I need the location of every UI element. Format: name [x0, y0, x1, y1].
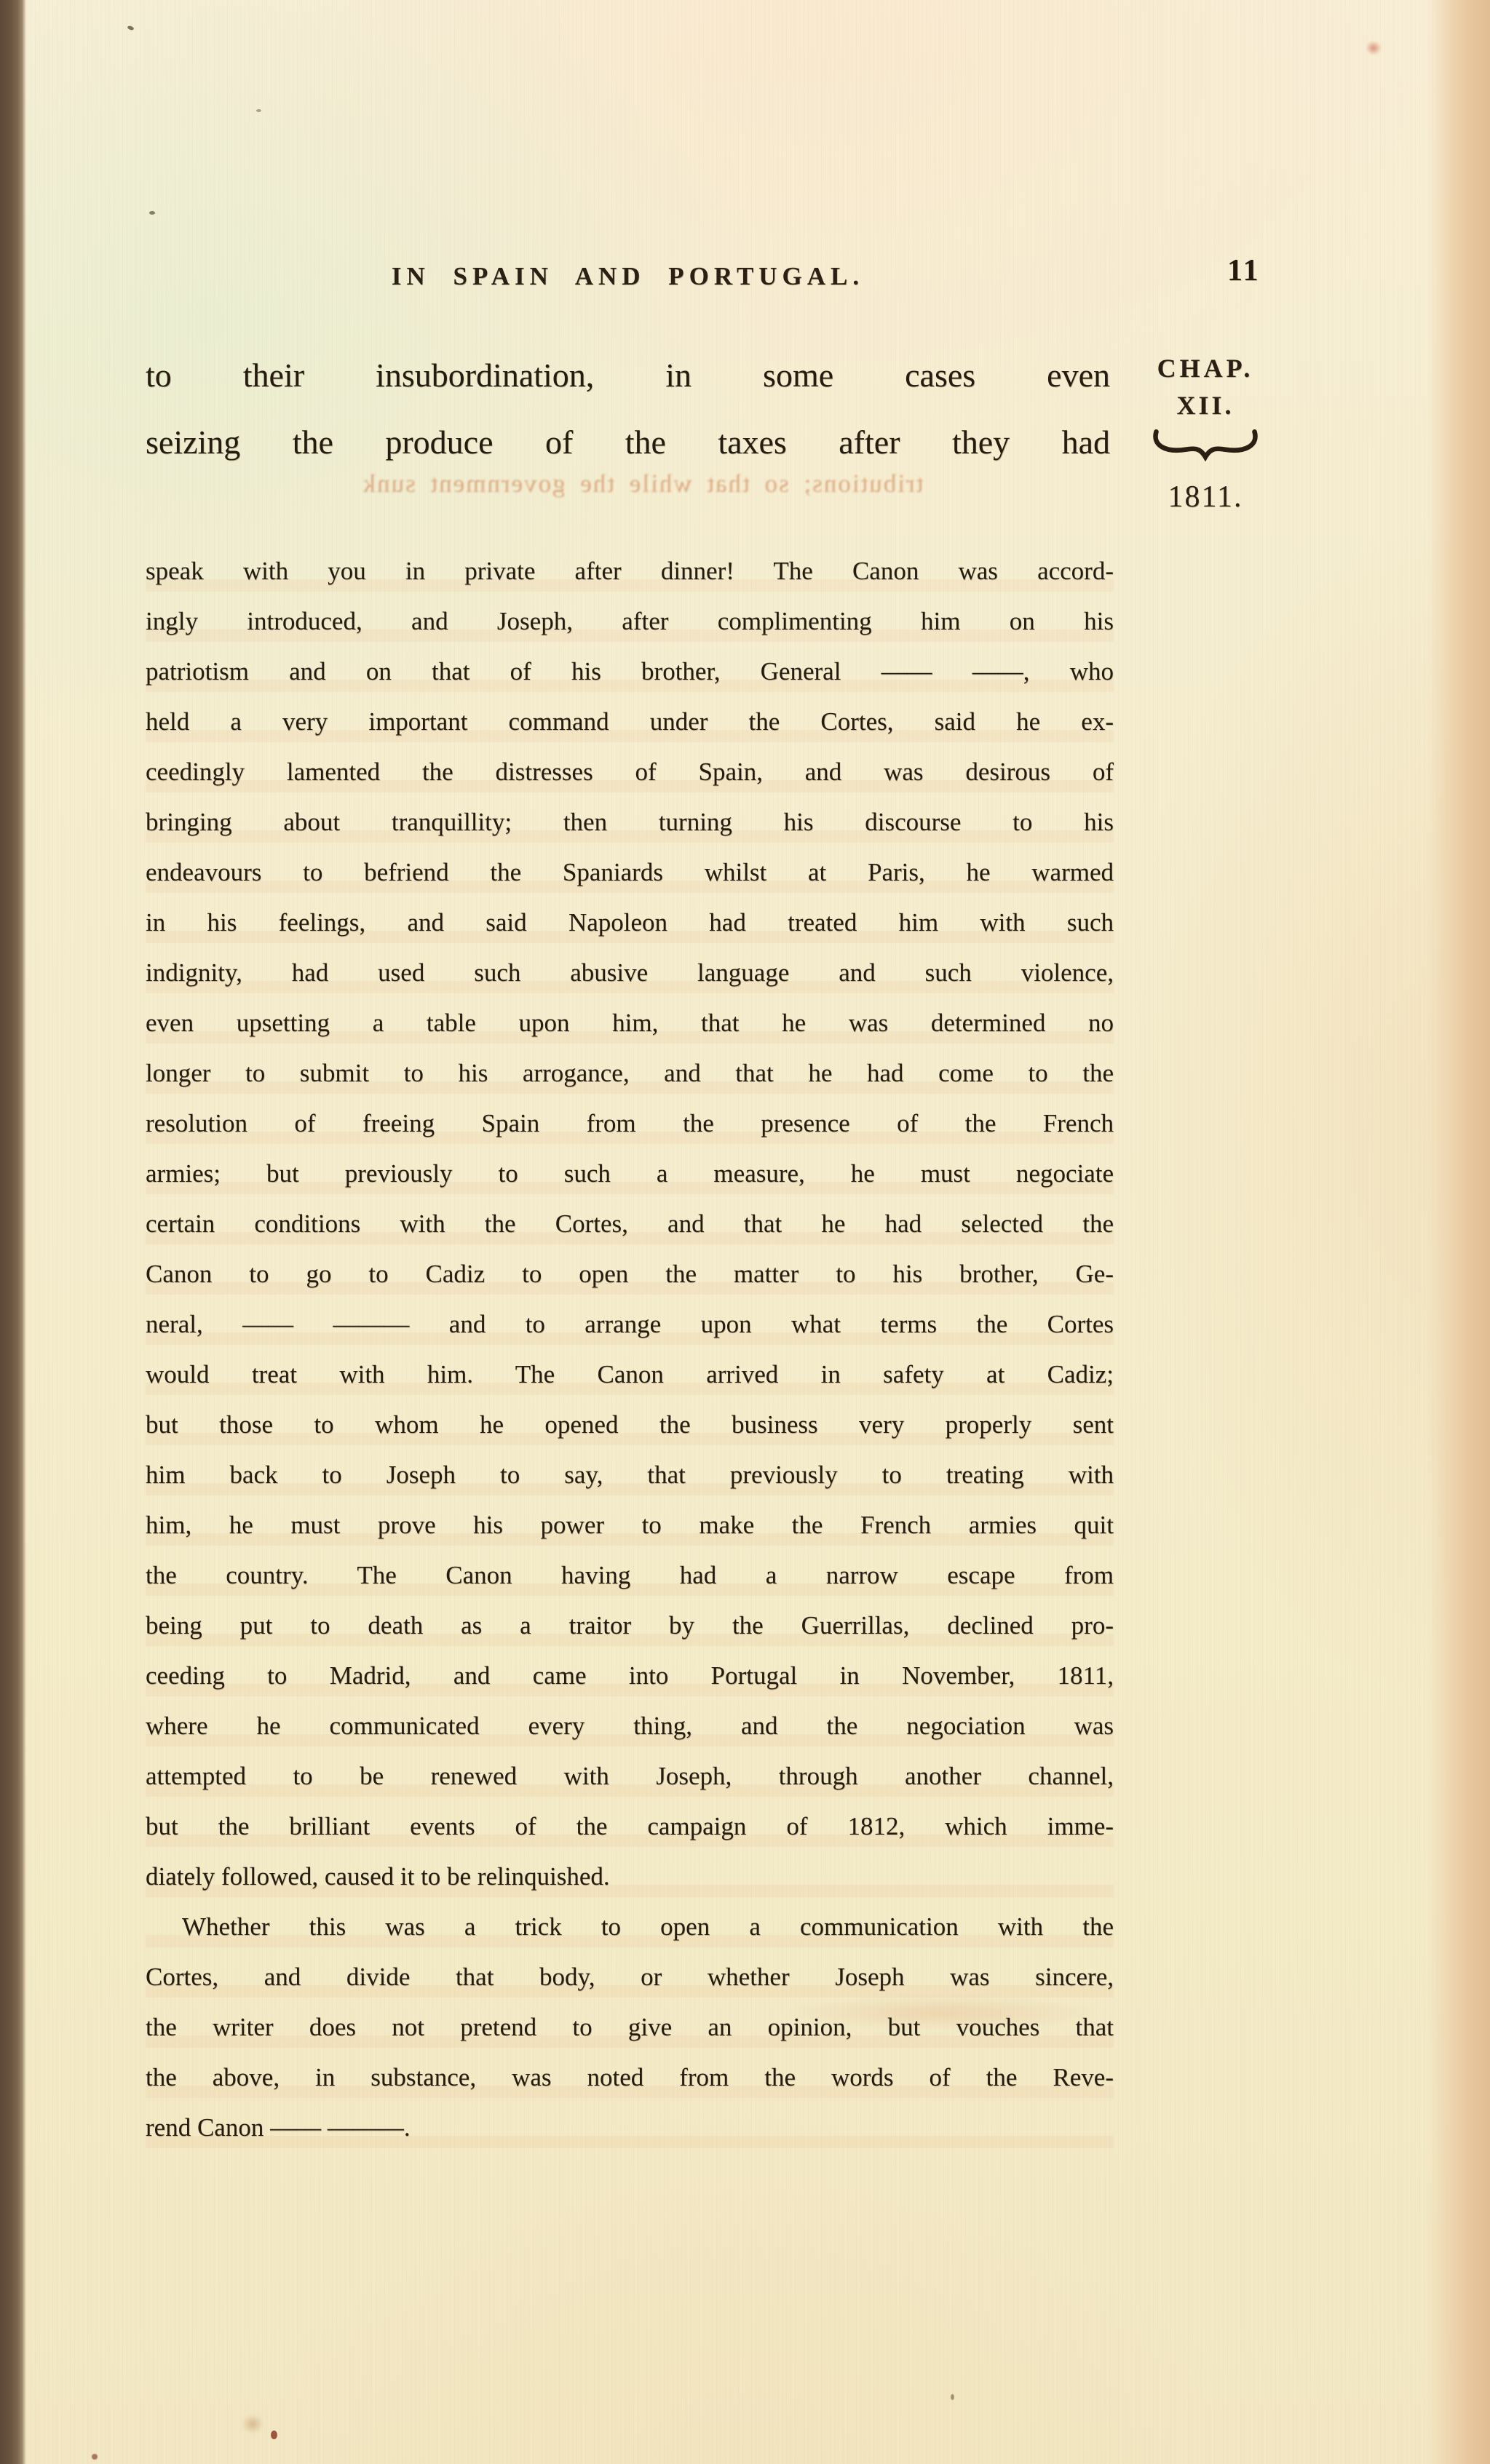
running-header: IN SPAIN AND PORTUGAL.: [146, 262, 1110, 291]
footnote-line: the above, in substance, was noted from …: [146, 2052, 1114, 2102]
body-line: to their insubordination, in some cases …: [146, 342, 1110, 409]
footnote-line: Whether this was a trick to open a commu…: [146, 1901, 1114, 1952]
footnote-line: Canon to go to Cadiz to open the matter …: [146, 1249, 1114, 1299]
chapter-number: XII.: [1133, 387, 1278, 424]
footnote-line: endeavours to befriend the Spaniards whi…: [146, 847, 1114, 897]
footnote-line: ceeding to Madrid, and came into Portuga…: [146, 1650, 1114, 1701]
footnote-line: him back to Joseph to say, that previous…: [146, 1450, 1114, 1500]
footnote-line: in his feelings, and said Napoleon had t…: [146, 897, 1114, 947]
footnote-text: speak with you in private after dinner! …: [146, 546, 1114, 2153]
foxing-spot: [92, 2454, 98, 2460]
footnote-line: would treat with him. The Canon arrived …: [146, 1349, 1114, 1399]
chapter-label: CHAP.: [1133, 349, 1278, 387]
footnote-line: where he communicated every thing, and t…: [146, 1701, 1114, 1751]
brace-ornament: [1133, 428, 1278, 466]
foxing-spot: [242, 2415, 263, 2433]
footnote-line: neral, —— ——— and to arrange upon what t…: [146, 1299, 1114, 1349]
footnote-line: attempted to be renewed with Joseph, thr…: [146, 1751, 1114, 1801]
footnote-line: him, he must prove his power to make the…: [146, 1500, 1114, 1550]
footnote-line: the country. The Canon having had a narr…: [146, 1550, 1114, 1600]
footnote-line: speak with you in private after dinner! …: [146, 546, 1114, 596]
foxing-spot: [271, 2431, 277, 2439]
foxing-spot: [1366, 41, 1382, 55]
binding-edge: [0, 0, 26, 2464]
footnote-line: diately followed, caused it to be relinq…: [146, 1851, 1114, 1901]
footnote-line: but those to whom he opened the business…: [146, 1399, 1114, 1450]
footnote-line: but the brilliant events of the campaign…: [146, 1801, 1114, 1851]
footnote-line: ingly introduced, and Joseph, after comp…: [146, 596, 1114, 646]
footnote-line: Cortes, and divide that body, or whether…: [146, 1952, 1114, 2002]
footnote-line: bringing about tranquillity; then turnin…: [146, 797, 1114, 847]
page-edge: [1427, 0, 1490, 2464]
footnote-line: armies; but previously to such a measure…: [146, 1148, 1114, 1199]
foxing-spot: [951, 2394, 954, 2400]
footnote-line: the writer does not pretend to give an o…: [146, 2002, 1114, 2052]
foxing-spot: [127, 25, 134, 31]
footnote-line: rend Canon —— ———.: [146, 2102, 1114, 2153]
footnote-line: being put to death as a traitor by the G…: [146, 1600, 1114, 1650]
year-label: 1811.: [1133, 480, 1278, 514]
foxing-spot: [256, 109, 261, 112]
body-line: seizing the produce of the taxes after t…: [146, 409, 1110, 476]
foxing-spot: [149, 211, 155, 215]
footnote-line: indignity, had used such abusive languag…: [146, 947, 1114, 998]
footnote-line: resolution of freeing Spain from the pre…: [146, 1098, 1114, 1148]
main-paragraph: to their insubordination, in some cases …: [146, 342, 1110, 476]
footnote-line: longer to submit to his arrogance, and t…: [146, 1048, 1114, 1098]
footnote-line: held a very important command under the …: [146, 696, 1114, 747]
footnote-line: even upsetting a table upon him, that he…: [146, 998, 1114, 1048]
page-number: 11: [1227, 253, 1261, 288]
footnote-line: ceedingly lamented the distresses of Spa…: [146, 747, 1114, 797]
book-page-scan: tributions; so that while the government…: [0, 0, 1490, 2464]
footnote-line: certain conditions with the Cortes, and …: [146, 1199, 1114, 1249]
footnote-line: patriotism and on that of his brother, G…: [146, 646, 1114, 696]
chapter-margin-note: CHAP. XII. 1811.: [1133, 349, 1278, 514]
